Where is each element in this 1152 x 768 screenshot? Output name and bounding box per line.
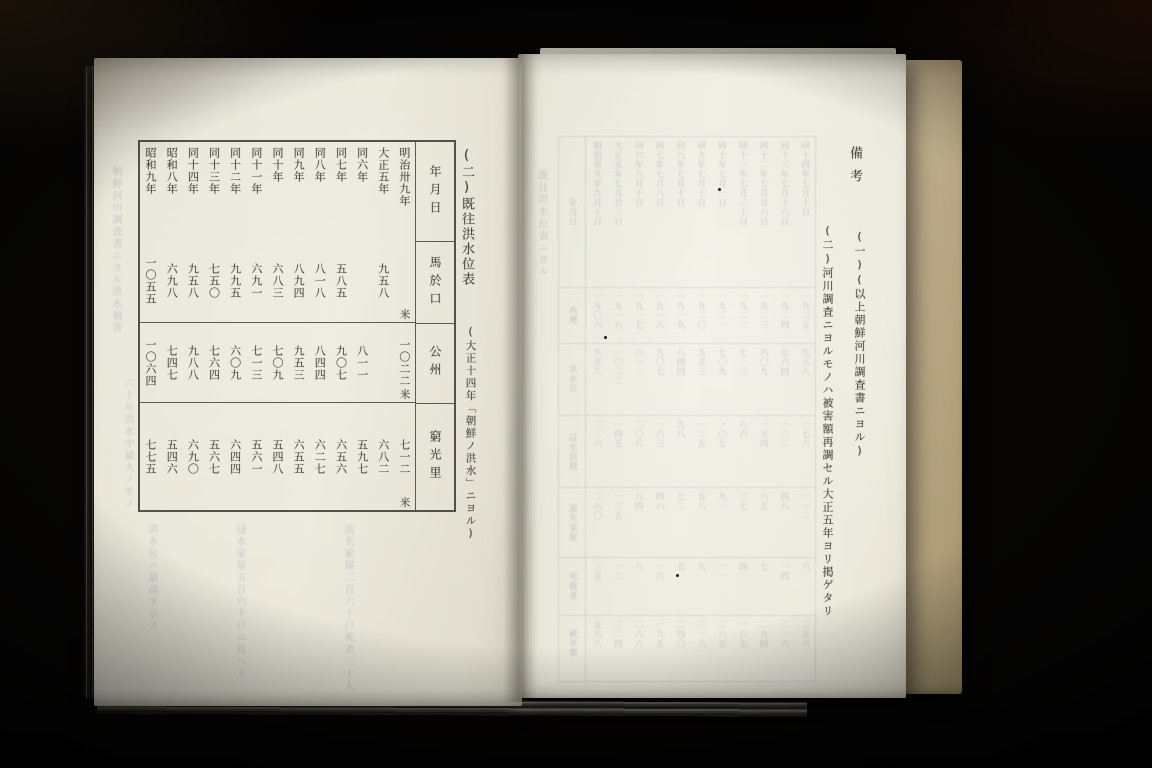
station-row: 七一二米六八二五九七六五六六二七六五五五四八五六一六四四五六七六九〇五四六七七五 (140, 402, 415, 510)
ghost-cell: 六五 (753, 488, 774, 557)
water-level-cell: 一〇二二米 (394, 323, 415, 402)
water-level-cell: 七七五 (140, 403, 161, 510)
ghost-cell-text: 一七六 (800, 420, 809, 487)
water-level-value: 五六一 (251, 439, 262, 475)
year-header-cell: 同十四年 (182, 142, 203, 240)
ghost-cell: 八六 (732, 416, 753, 487)
year-header-cell: 同十三年 (203, 142, 224, 240)
ghost-cell-text: 同十四年七月十日 (800, 141, 809, 287)
ghost-cell: 三五 (586, 558, 607, 615)
water-level-cell: 五六七 (203, 403, 224, 510)
unit-label: 米 (399, 497, 410, 508)
water-level-value: 六五六 (335, 439, 346, 475)
ghost-cell-text: 二一六 (779, 620, 788, 671)
water-level-value: 一〇二二 (399, 339, 410, 387)
ghost-cell: 一七六 (794, 416, 815, 487)
water-level-value: 九〇七 (335, 345, 346, 381)
ghost-cell: 一九一九 (669, 288, 690, 343)
ghost-cell-text: 同六年八月十日 (634, 141, 643, 287)
ghost-cell-text: 二六五 (717, 620, 726, 671)
water-level-value: 九九五 (230, 263, 241, 299)
ghost-cell-text: 一三五 (613, 492, 622, 557)
remarks-title: 備考 (848, 146, 861, 192)
flood-table-data: 明治卅九年大正五年同六年同七年同八年同九年同十年同十一年同十二年同十三年同十四年… (140, 142, 415, 510)
ghost-cell-text: 五八 (696, 492, 705, 557)
water-level-value: 八一八 (314, 263, 325, 299)
unit-label: 米 (399, 309, 410, 320)
water-level-value: 七〇九 (272, 345, 283, 381)
ghost-cell: 九五八 (586, 344, 607, 415)
water-level-cell: 五四八 (267, 403, 288, 510)
ghost-cell-text: 九〇七 (655, 348, 664, 415)
ghost-cell: 一三五 (607, 488, 628, 557)
ghost-row-label-text: 流失家屋 (568, 504, 577, 542)
ghost-cell: 一九二一 (711, 288, 732, 343)
water-level-cell: 五四六 (161, 403, 182, 510)
ghost-cell-text: 三二四 (613, 620, 622, 671)
ghost-cell: 大正五年七月廿三日 (607, 137, 628, 287)
water-level-value: 八一一 (357, 345, 368, 381)
station-name-cell: 馬於口 (416, 241, 454, 323)
page-subtitle: (大正十四年「朝鮮ノ洪水」ニヨル) (465, 326, 476, 542)
ghost-row: 三五一二八一六五九一一四七一四六 (586, 557, 815, 615)
water-level-cell: 五六一 (246, 403, 267, 510)
ghost-cell: 六〇九 (753, 344, 774, 415)
ghost-row: 二六〇一三五八四四六七二五八九一三七六五四八一一二 (586, 487, 815, 557)
water-level-value: 八四四 (314, 345, 325, 381)
ghost-row-label: 浸水面積 (559, 415, 585, 487)
ghost-cell-text: 一〇七 (717, 420, 726, 487)
ghost-cell-text: 一九二五 (800, 292, 809, 343)
water-level-value: 九五三 (293, 345, 304, 381)
water-level-value: 六九〇 (187, 439, 198, 475)
ghost-cell-text: 八 (634, 562, 643, 615)
ghost-cell-text: 六〇九 (759, 348, 768, 415)
ghost-row: 明治卅九年九月十日大正五年七月廿三日同六年八月十日同七年七月八日同八年七月十日同… (586, 137, 815, 287)
ghost-cell: 一六 (648, 558, 669, 615)
ghost-cell-text: 一一 (717, 562, 726, 615)
ghost-cell-text: 二六〇 (592, 492, 601, 557)
ghost-cell: 四 (732, 558, 753, 615)
ghost-cell: 一九二三 (753, 288, 774, 343)
ghost-cell-text: 八四四 (675, 348, 684, 415)
ghost-cell: 同十三年七月十六日 (773, 137, 794, 287)
ghost-cell: 一八七 (732, 616, 753, 671)
ghost-cell-text: 八四 (634, 492, 643, 557)
ghost-cell-text: 同十三年七月十六日 (779, 141, 788, 287)
left-page: 明治卅九年大正五年同六年同七年同八年同九年同十年同十一年同十二年同十三年同十四年… (94, 58, 522, 706)
ghost-cell-text: 同十年七月一日 (717, 141, 726, 287)
water-level-cell: 九九五 (225, 240, 246, 322)
ghost-cell-text: 三七 (738, 492, 747, 557)
year-header-label: 大正五年 (378, 142, 389, 240)
water-level-cell: 九五八 (373, 240, 394, 322)
water-level-value: 六五五 (293, 439, 304, 475)
ghost-row-label: 年月日 (559, 137, 585, 287)
year-header-row: 明治卅九年大正五年同六年同七年同八年同九年同十年同十一年同十二年同十三年同十四年… (140, 142, 415, 240)
ghost-cell-text: 八六 (738, 420, 747, 487)
ghost-cell: 同八年七月十日 (669, 137, 690, 287)
ghost-cell-text: 一六三 (655, 420, 664, 487)
ghost-row-label: 死傷者 (559, 557, 585, 615)
ghost-cell-text: 二八六 (634, 620, 643, 671)
ghost-cell-text: 九 (696, 562, 705, 615)
flood-level-table: 明治卅九年大正五年同六年同七年同八年同九年同十年同十一年同十二年同十三年同十四年… (138, 140, 456, 512)
ghost-cell: 五八 (690, 488, 711, 557)
ghost-cell-text: 一九二〇 (696, 292, 705, 343)
ghost-cell: 同十二年七月廿六日 (753, 137, 774, 287)
ghost-cell-text: 二四〇 (675, 620, 684, 671)
water-level-cell: 九八八 (182, 323, 203, 402)
ghost-row-label: 洪水位 (559, 343, 585, 415)
ghost-cell-text: 一四 (779, 562, 788, 615)
year-header-label: 明治卅九年 (399, 142, 410, 240)
ghost-cell: 一二五 (690, 416, 711, 487)
unit-label: 米 (399, 389, 410, 400)
ghost-cell: 同六年八月十日 (628, 137, 649, 287)
ghost-cell: 一二 (607, 558, 628, 615)
ghost-cell-text: 一〇二二 (613, 348, 622, 415)
ghost-cell: 六 (794, 558, 815, 615)
ghost-cell-text: 一九二一 (717, 292, 726, 343)
ghost-cell-text: 一九二二 (738, 292, 747, 343)
water-level-cell: 七〇九 (267, 323, 288, 402)
ghost-cell-text: 三五六 (800, 620, 809, 671)
ghost-cell: 同十年七月一日 (711, 137, 732, 287)
ghost-cell-text: 一九一九 (675, 292, 684, 343)
ghost-row-label-text: 浸水面積 (568, 433, 577, 471)
ghost-row: 九五八一〇二二八一一九〇七八四四九五三七〇九七一三六〇九七六四九八八 (586, 343, 815, 415)
water-level-cell: 八一八 (309, 240, 330, 322)
ghost-cell: 一四 (773, 558, 794, 615)
ghost-cell-text: 四 (738, 562, 747, 615)
year-header-label: 昭和八年 (166, 142, 177, 240)
ghost-table-rows: 明治卅九年九月十日大正五年七月廿三日同六年八月十日同七年七月八日同八年七月十日同… (586, 137, 815, 681)
water-level-value: 五九七 (357, 439, 368, 475)
ghost-cell: 三二六 (586, 416, 607, 487)
ghost-cell-text: 一三二 (779, 420, 788, 487)
year-header-cell: 同十一年 (246, 142, 267, 240)
water-level-value: 八九四 (293, 263, 304, 299)
ghost-row: 一九〇六一九一六一九一七一九一八一九一九一九二〇一九二一一九二二一九二三一九二四… (586, 287, 815, 343)
ghost-cell-text: 一二 (613, 562, 622, 615)
ghost-cell: 九五三 (690, 344, 711, 415)
water-level-cell: 六五五 (288, 403, 309, 510)
ghost-cell: 一九一六 (607, 288, 628, 343)
water-level-cell: 六二七 (309, 403, 330, 510)
water-level-value: 六八二 (378, 439, 389, 475)
station-name-cell: 公州 (416, 323, 454, 403)
year-header-label: 同十二年 (230, 142, 241, 240)
ghost-row: 三二六一四五二〇八一六三九八一二五一〇七八六一五四一三二一七六 (586, 415, 815, 487)
page-title: (二)既往洪水位表 (460, 148, 473, 287)
ghost-cell: 一九〇六 (586, 288, 607, 343)
ghost-cell-text: 七〇九 (717, 348, 726, 415)
ghost-cell: 一〇二二 (607, 344, 628, 415)
year-header-cell: 大正五年 (373, 142, 394, 240)
station-name: 馬於口 (429, 256, 441, 310)
water-level-value: 七五〇 (209, 263, 220, 299)
water-level-cell: 六九〇 (182, 403, 203, 510)
water-level-value: 七一三 (251, 345, 262, 381)
water-level-cell: 五九七 (352, 403, 373, 510)
ghost-cell-text: 同十二年七月廿六日 (759, 141, 768, 287)
ghost-cell: 九一 (711, 488, 732, 557)
ghost-cell-text: 五六八 (592, 620, 601, 671)
water-level-cell: 七一三 (246, 323, 267, 402)
ghost-cell: 一九二四 (773, 288, 794, 343)
water-level-value: 五八五 (335, 263, 346, 299)
water-level-value: 七七五 (145, 439, 156, 475)
year-header-cell: 同七年 (330, 142, 351, 240)
ghost-cell: 七六四 (773, 344, 794, 415)
ghost-cell: 一一二 (794, 488, 815, 557)
ghost-cell-text: 七 (759, 562, 768, 615)
ghost-cell-text: 大正五年七月廿三日 (613, 141, 622, 287)
ghost-cell-text: 同七年七月八日 (655, 141, 664, 287)
ghost-cell-text: 一九二三 (759, 292, 768, 343)
water-level-value: 六〇九 (230, 345, 241, 381)
year-header-label: 同七年 (335, 142, 346, 240)
ghost-cell-text: 一四五 (613, 420, 622, 487)
right-page: 年月日西曆洪水位浸水面積流失家屋死傷者被害額 明治卅九年九月十日大正五年七月廿三… (518, 54, 906, 698)
water-level-value: 六二七 (314, 439, 325, 475)
ghost-cell-text: 三五 (592, 562, 601, 615)
station-name-cell: 窮光里 (416, 403, 454, 510)
water-level-value: 九五八 (378, 263, 389, 299)
ghost-cell-text: 二〇八 (634, 420, 643, 487)
water-level-value: 六八三 (272, 263, 283, 299)
water-level-value: 七六四 (209, 345, 220, 381)
ghost-cell-text: 四八 (779, 492, 788, 557)
ghost-cell-text: 同八年七月十日 (675, 141, 684, 287)
ghost-cell: 九八 (669, 416, 690, 487)
ghost-cell: 二六〇 (586, 488, 607, 557)
ghost-cell: 一四五 (607, 416, 628, 487)
station-row: 一〇二二米八一一九〇七八四四九五三七〇九七一三六〇九七六四九八八七四七一〇六四 (140, 322, 415, 402)
water-level-cell: 六〇九 (225, 323, 246, 402)
ghost-cell: 八四四 (669, 344, 690, 415)
ghost-cell-text: 四六 (655, 492, 664, 557)
year-header-cell: 昭和九年 (140, 142, 161, 240)
water-level-cell: 七四七 (161, 323, 182, 402)
ghost-cell: 二四〇 (669, 616, 690, 671)
water-level-cell: 八一一 (352, 323, 373, 402)
ghost-cell-text: 同九年七月十日 (696, 141, 705, 287)
ghost-cell-text: 九五三 (696, 348, 705, 415)
ghost-cell: 四六 (648, 488, 669, 557)
dust-speck (676, 574, 679, 577)
water-level-cell: 米 (394, 240, 415, 322)
ghost-cell-text: 一九五 (655, 620, 664, 671)
ghost-cell: 八一一 (628, 344, 649, 415)
water-level-value: 六九一 (251, 263, 262, 299)
station-name: 公州 (429, 345, 441, 381)
water-level-value: 九八八 (187, 345, 198, 381)
ghost-cell-text: 一一二 (800, 492, 809, 557)
water-level-cell (352, 240, 373, 322)
ghost-cell: 一九二二 (732, 288, 753, 343)
ghost-cell-text: 二九四 (759, 620, 768, 671)
ghost-row-label-text: 年月日 (568, 198, 577, 227)
ghost-cell-text: 一二五 (696, 420, 705, 487)
water-level-cell (373, 323, 394, 402)
ghost-cell-text: 一九一七 (634, 292, 643, 343)
ghost-cell: 九八八 (794, 344, 815, 415)
ghost-cell-text: 六 (800, 562, 809, 615)
ghost-cell: 一一 (711, 558, 732, 615)
year-header-cell: 同十年 (267, 142, 288, 240)
year-header-label: 同八年 (314, 142, 325, 240)
ghost-cell: 三一八 (690, 616, 711, 671)
water-level-cell: 六八二 (373, 403, 394, 510)
ghost-cell: 八 (628, 558, 649, 615)
ghost-cell: 二一六 (773, 616, 794, 671)
year-header-cell: 同九年 (288, 142, 309, 240)
ghost-text-column: 既往洪水位表ニヨル (536, 170, 546, 278)
ghost-cell: 七 (753, 558, 774, 615)
water-level-cell: 六九八 (161, 240, 182, 322)
remark-note-1: (一)(以上朝鮮河川調査書ニヨル) (854, 230, 865, 459)
ghost-cell-text: 九八 (675, 420, 684, 487)
ghost-cell-text: 一八七 (738, 620, 747, 671)
ghost-cell: 七一三 (732, 344, 753, 415)
ghost-cell: 一六三 (648, 416, 669, 487)
ghost-cell: 同十一年七月三十日 (732, 137, 753, 287)
ghost-row-label-text: 洪水位 (568, 365, 577, 394)
water-level-cell: 七六四 (203, 323, 224, 402)
ghost-cell: 九〇七 (648, 344, 669, 415)
ghost-cell: 一九二〇 (690, 288, 711, 343)
ghost-text-column: 流失家屋二百六十戸死者三十人 (342, 524, 352, 692)
ghost-cell-text: 九一 (717, 492, 726, 557)
ghost-cell: 同九年七月十日 (690, 137, 711, 287)
water-level-cell: 九〇七 (330, 323, 351, 402)
year-header-cell: 同六年 (352, 142, 373, 240)
water-level-value: 一〇六四 (145, 339, 156, 387)
year-header-cell: 同八年 (309, 142, 330, 240)
ghost-show-through-table: 年月日西曆洪水位浸水面積流失家屋死傷者被害額 明治卅九年九月十日大正五年七月廿三… (558, 136, 816, 682)
station-row: 米九五八五八五八一八八九四六八三六九一九九五七五〇九五八六九八一〇五五 (140, 240, 415, 322)
ghost-cell: 三五六 (794, 616, 815, 671)
water-level-cell: 九五三 (288, 323, 309, 402)
year-header-label: 同十年 (272, 142, 283, 240)
ghost-cell-text: 一九二四 (779, 292, 788, 343)
ghost-cell: 明治卅九年九月十日 (586, 137, 607, 287)
ghost-table-label-column: 年月日西曆洪水位浸水面積流失家屋死傷者被害額 (559, 137, 586, 681)
year-header-label: 昭和九年 (145, 142, 156, 240)
ghost-cell-text: 六五 (759, 492, 768, 557)
year-header-cell: 同十二年 (225, 142, 246, 240)
ghost-cell-text: 七一三 (738, 348, 747, 415)
water-level-cell: 一〇六四 (140, 323, 161, 402)
ghost-text-column: 洪水位ハ最高ヲ示ス (146, 524, 156, 632)
ghost-cell: 七〇九 (711, 344, 732, 415)
ghost-cell-text: 一九一八 (655, 292, 664, 343)
water-level-value: 六九八 (166, 263, 177, 299)
ghost-cell: 同十四年七月十日 (794, 137, 815, 287)
ghost-cell-text: 三二六 (592, 420, 601, 487)
ghost-cell-text: 一五四 (759, 420, 768, 487)
ghost-cell: 七二 (669, 488, 690, 557)
ghost-row-label-text: 被害額 (568, 629, 577, 658)
ghost-text-column: 六十年洪水中最大ノモノ (122, 378, 132, 510)
ghost-cell: 一九二五 (794, 288, 815, 343)
ghost-cell-text: 八一一 (634, 348, 643, 415)
ghost-cell-text: 三一八 (696, 620, 705, 671)
dust-speck (604, 336, 607, 339)
ghost-cell: 九 (690, 558, 711, 615)
ghost-cell: 一九一八 (648, 288, 669, 343)
ghost-cell: 一五四 (753, 416, 774, 487)
water-level-value: 五六七 (209, 439, 220, 475)
date-header-label: 年月日 (429, 165, 441, 219)
ghost-cell: 五 (669, 558, 690, 615)
water-level-cell: 六九一 (246, 240, 267, 322)
ghost-cell: 二八六 (628, 616, 649, 671)
water-level-cell: 九五八 (182, 240, 203, 322)
ghost-cell-text: 同十一年七月三十日 (738, 141, 747, 287)
year-header-label: 同十三年 (209, 142, 220, 240)
table-rows: 米九五八五八五八一八八九四六八三六九一九九五七五〇九五八六九八一〇五五一〇二二米… (140, 240, 415, 510)
station-name: 窮光里 (429, 430, 441, 484)
year-header-cell: 明治卅九年 (394, 142, 415, 240)
year-header-label: 同十一年 (251, 142, 262, 240)
year-header-label: 同六年 (357, 142, 368, 240)
water-level-value: 五四六 (166, 439, 177, 475)
ghost-cell: 二六五 (711, 616, 732, 671)
water-level-cell: 六四四 (225, 403, 246, 510)
ghost-cell: 八四 (628, 488, 649, 557)
water-level-cell: 八九四 (288, 240, 309, 322)
ghost-cell-text: 七六四 (779, 348, 788, 415)
photograph-of-open-book: 年月日西曆洪水位浸水面積流失家屋死傷者被害額 明治卅九年九月十日大正五年七月廿三… (0, 0, 1152, 768)
water-level-cell: 六八三 (267, 240, 288, 322)
ghost-row-label: 被害額 (559, 615, 585, 671)
water-level-cell: 一〇五五 (140, 240, 161, 322)
year-header-label: 同十四年 (187, 142, 198, 240)
ghost-cell: 一九五 (648, 616, 669, 671)
table-label-col: 年月日 馬於口公州窮光里 (415, 142, 454, 510)
ghost-cell-text: 七二 (675, 492, 684, 557)
ghost-cell: 一九一七 (628, 288, 649, 343)
ghost-cell: 一〇七 (711, 416, 732, 487)
ghost-cell-text: 一九一六 (613, 292, 622, 343)
ghost-cell-text: 一九〇六 (592, 292, 601, 343)
ghost-cell: 二九四 (753, 616, 774, 671)
ghost-row-label: 流失家屋 (559, 487, 585, 557)
water-level-cell: 八四四 (309, 323, 330, 402)
ghost-cell-text: 明治卅九年九月十日 (592, 141, 601, 287)
ghost-cell-text: 九五八 (592, 348, 601, 415)
water-level-value: 九五八 (187, 263, 198, 299)
ghost-cell: 五六八 (586, 616, 607, 671)
ghost-cell-text: 九八八 (800, 348, 809, 415)
ghost-row: 五六八三二四二八六一九五二四〇三一八二六五一八七二九四二一六三五六 (586, 615, 815, 671)
ghost-text-column: 浸水家屋五百六十戸ニ及ヘリ (234, 524, 244, 680)
water-level-value: 五四八 (272, 439, 283, 475)
ghost-cell: 二〇八 (628, 416, 649, 487)
water-level-cell: 七一二米 (394, 403, 415, 510)
date-header-cell: 年月日 (416, 142, 454, 241)
water-level-value: 一〇五五 (145, 257, 156, 305)
ghost-row-label-text: 死傷者 (568, 572, 577, 601)
water-level-cell: 六五六 (330, 403, 351, 510)
ghost-cell: 一三二 (773, 416, 794, 487)
year-header-cell: 昭和八年 (161, 142, 182, 240)
water-level-value: 七四七 (166, 345, 177, 381)
ghost-cell-text: 一六 (655, 562, 664, 615)
